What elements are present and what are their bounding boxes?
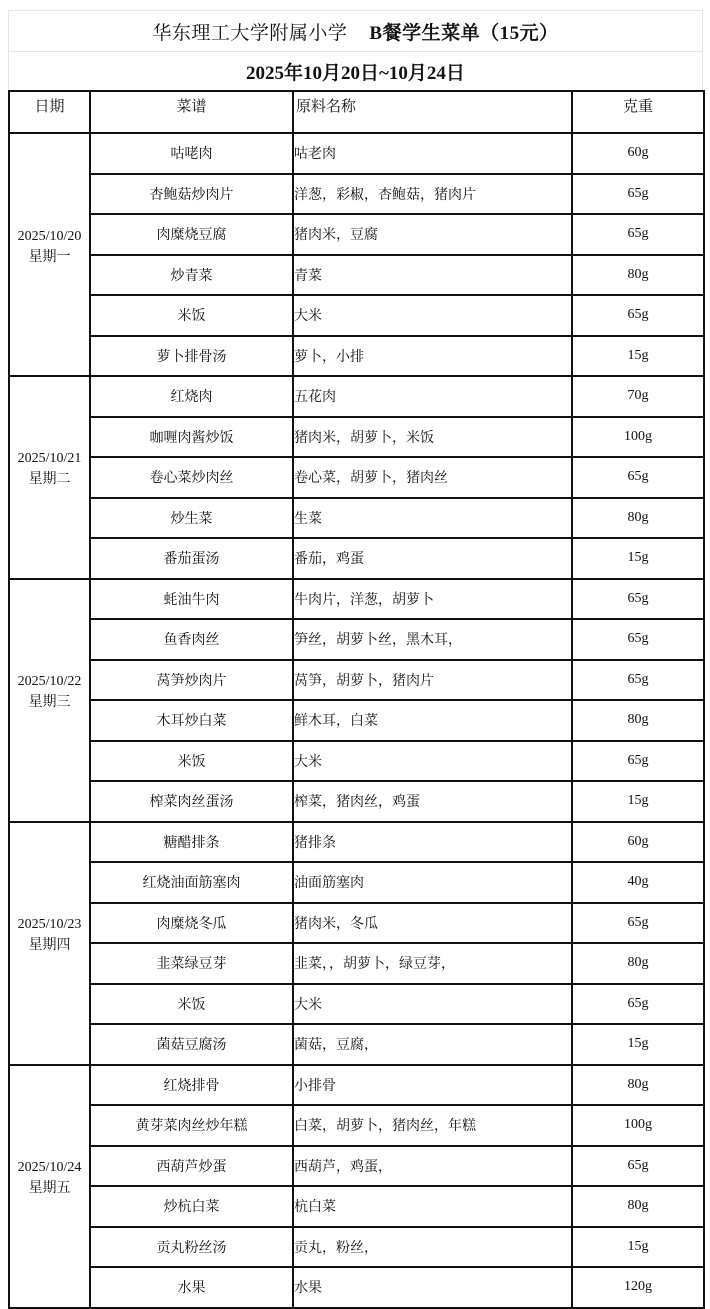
dish-cell: 炒杭白菜: [90, 1186, 293, 1227]
weight-cell: 15g: [572, 781, 704, 822]
ingredients-cell: 水果: [293, 1267, 572, 1308]
weight-cell: 65g: [572, 457, 704, 498]
header-row: 日期 菜谱 原料名称 克重: [9, 91, 704, 133]
date-label: 2025/10/24星期五: [10, 1157, 89, 1199]
ingredients-cell: 卷心菜，胡萝卜，猪肉丝: [293, 457, 572, 498]
dish-cell: 水果: [90, 1267, 293, 1308]
table-row: 咖喱肉酱炒饭猪肉米，胡萝卜，米饭100g: [9, 417, 704, 458]
ingredients-cell: 小排骨: [293, 1065, 572, 1106]
ingredients-cell: 油面筋塞肉: [293, 862, 572, 903]
date-label: 2025/10/20星期一: [10, 226, 89, 268]
weight-cell: 70g: [572, 376, 704, 417]
weight-cell: 15g: [572, 538, 704, 579]
weight-cell: 65g: [572, 903, 704, 944]
school-name: 华东理工大学附属小学: [152, 18, 347, 45]
date-range: 2025年10月20日~10月24日: [8, 52, 703, 90]
weight-cell: 80g: [572, 700, 704, 741]
date-text: 2025/10/21: [10, 448, 89, 469]
table-row: 2025/10/23星期四糖醋排条猪排条60g: [9, 822, 704, 863]
weight-cell: 65g: [572, 1146, 704, 1187]
weight-cell: 65g: [572, 660, 704, 701]
date-cell: 2025/10/23星期四: [9, 822, 90, 1065]
weight-cell: 15g: [572, 336, 704, 377]
menu-name: B餐学生菜单（15元）: [369, 18, 558, 45]
title-row: 华东理工大学附属小学 B餐学生菜单（15元）: [8, 10, 703, 52]
table-row: 米饭大米65g: [9, 984, 704, 1025]
ingredients-cell: 牛肉片，洋葱，胡萝卜: [293, 579, 572, 620]
dish-cell: 菌菇豆腐汤: [90, 1024, 293, 1065]
ingredients-cell: 萝卜，小排: [293, 336, 572, 377]
ingredients-cell: 大米: [293, 741, 572, 782]
ingredients-cell: 番茄，鸡蛋: [293, 538, 572, 579]
table-row: 炒青菜青菜80g: [9, 255, 704, 296]
weight-cell: 60g: [572, 822, 704, 863]
ingredients-cell: 青菜: [293, 255, 572, 296]
ingredients-cell: 西葫芦，鸡蛋，: [293, 1146, 572, 1187]
table-row: 米饭大米65g: [9, 295, 704, 336]
date-text: 2025/10/23: [10, 914, 89, 935]
ingredients-cell: 猪肉米，冬瓜: [293, 903, 572, 944]
weekday-text: 星期五: [10, 1178, 89, 1199]
weight-cell: 65g: [572, 579, 704, 620]
date-cell: 2025/10/21星期二: [9, 376, 90, 579]
ingredients-cell: 五花肉: [293, 376, 572, 417]
date-text: 2025/10/24: [10, 1157, 89, 1178]
weight-cell: 80g: [572, 1065, 704, 1106]
table-row: 肉糜烧豆腐猪肉米，豆腐65g: [9, 214, 704, 255]
table-row: 2025/10/21星期二红烧肉五花肉70g: [9, 376, 704, 417]
table-row: 番茄蛋汤番茄，鸡蛋15g: [9, 538, 704, 579]
dish-cell: 萝卜排骨汤: [90, 336, 293, 377]
ingredients-cell: 笋丝，胡萝卜丝，黑木耳，: [293, 619, 572, 660]
menu-table: 日期 菜谱 原料名称 克重 2025/10/20星期一咕咾肉咕老肉60g杏鲍菇炒…: [8, 90, 705, 1309]
weekday-text: 星期一: [10, 247, 89, 268]
date-cell: 2025/10/24星期五: [9, 1065, 90, 1308]
weight-cell: 100g: [572, 1105, 704, 1146]
table-row: 西葫芦炒蛋西葫芦，鸡蛋，65g: [9, 1146, 704, 1187]
dish-cell: 西葫芦炒蛋: [90, 1146, 293, 1187]
weight-cell: 15g: [572, 1227, 704, 1268]
dish-cell: 榨菜肉丝蛋汤: [90, 781, 293, 822]
dish-cell: 蚝油牛肉: [90, 579, 293, 620]
table-row: 鱼香肉丝笋丝，胡萝卜丝，黑木耳，65g: [9, 619, 704, 660]
weekday-text: 星期三: [10, 692, 89, 713]
table-row: 菌菇豆腐汤菌菇，豆腐，15g: [9, 1024, 704, 1065]
dish-cell: 黄芽菜肉丝炒年糕: [90, 1105, 293, 1146]
weight-cell: 80g: [572, 1186, 704, 1227]
weight-cell: 80g: [572, 255, 704, 296]
table-row: 黄芽菜肉丝炒年糕白菜，胡萝卜，猪肉丝，年糕100g: [9, 1105, 704, 1146]
weekday-text: 星期二: [10, 469, 89, 490]
table-row: 贡丸粉丝汤贡丸，粉丝，15g: [9, 1227, 704, 1268]
ingredients-cell: 生菜: [293, 498, 572, 539]
ingredients-cell: 菌菇，豆腐，: [293, 1024, 572, 1065]
table-row: 水果水果120g: [9, 1267, 704, 1308]
ingredients-cell: 鲜木耳，白菜: [293, 700, 572, 741]
dish-cell: 莴笋炒肉片: [90, 660, 293, 701]
dish-cell: 米饭: [90, 295, 293, 336]
ingredients-cell: 咕老肉: [293, 133, 572, 174]
table-row: 炒生菜生菜80g: [9, 498, 704, 539]
date-cell: 2025/10/22星期三: [9, 579, 90, 822]
table-row: 木耳炒白菜鲜木耳，白菜80g: [9, 700, 704, 741]
ingredients-cell: 大米: [293, 295, 572, 336]
dish-cell: 咕咾肉: [90, 133, 293, 174]
dish-cell: 贡丸粉丝汤: [90, 1227, 293, 1268]
ingredients-cell: 猪肉米，豆腐: [293, 214, 572, 255]
weight-cell: 65g: [572, 174, 704, 215]
menu-body: 2025/10/20星期一咕咾肉咕老肉60g杏鲍菇炒肉片洋葱，彩椒，杏鲍菇，猪肉…: [9, 133, 704, 1308]
weight-cell: 65g: [572, 619, 704, 660]
weekday-text: 星期四: [10, 935, 89, 956]
ingredients-cell: 猪排条: [293, 822, 572, 863]
weight-cell: 100g: [572, 417, 704, 458]
table-row: 榨菜肉丝蛋汤榨菜，猪肉丝，鸡蛋15g: [9, 781, 704, 822]
ingredients-cell: 莴笋，胡萝卜，猪肉片: [293, 660, 572, 701]
dish-cell: 咖喱肉酱炒饭: [90, 417, 293, 458]
dish-cell: 红烧油面筋塞肉: [90, 862, 293, 903]
header-ingredients: 原料名称: [293, 91, 572, 133]
date-text: 2025/10/22: [10, 671, 89, 692]
ingredients-cell: 洋葱，彩椒，杏鲍菇，猪肉片: [293, 174, 572, 215]
date-label: 2025/10/21星期二: [10, 448, 89, 490]
table-row: 炒杭白菜杭白菜80g: [9, 1186, 704, 1227]
table-row: 萝卜排骨汤萝卜，小排15g: [9, 336, 704, 377]
weight-cell: 60g: [572, 133, 704, 174]
table-row: 莴笋炒肉片莴笋，胡萝卜，猪肉片65g: [9, 660, 704, 701]
dish-cell: 肉糜烧豆腐: [90, 214, 293, 255]
menu-sheet: 华东理工大学附属小学 B餐学生菜单（15元） 2025年10月20日~10月24…: [8, 10, 703, 1309]
ingredients-cell: 白菜，胡萝卜，猪肉丝，年糕: [293, 1105, 572, 1146]
weight-cell: 65g: [572, 295, 704, 336]
ingredients-cell: 贡丸，粉丝，: [293, 1227, 572, 1268]
dish-cell: 卷心菜炒肉丝: [90, 457, 293, 498]
dish-cell: 红烧肉: [90, 376, 293, 417]
dish-cell: 炒青菜: [90, 255, 293, 296]
date-label: 2025/10/22星期三: [10, 671, 89, 713]
table-row: 2025/10/22星期三蚝油牛肉牛肉片，洋葱，胡萝卜65g: [9, 579, 704, 620]
ingredients-cell: 韭菜，，胡萝卜，绿豆芽，: [293, 943, 572, 984]
dish-cell: 米饭: [90, 984, 293, 1025]
dish-cell: 番茄蛋汤: [90, 538, 293, 579]
header-date: 日期: [9, 91, 90, 133]
dish-cell: 炒生菜: [90, 498, 293, 539]
dish-cell: 糖醋排条: [90, 822, 293, 863]
ingredients-cell: 杭白菜: [293, 1186, 572, 1227]
table-row: 韭菜绿豆芽韭菜，，胡萝卜，绿豆芽，80g: [9, 943, 704, 984]
table-row: 红烧油面筋塞肉油面筋塞肉40g: [9, 862, 704, 903]
date-label: 2025/10/23星期四: [10, 914, 89, 956]
table-row: 2025/10/24星期五红烧排骨小排骨80g: [9, 1065, 704, 1106]
table-row: 卷心菜炒肉丝卷心菜，胡萝卜，猪肉丝65g: [9, 457, 704, 498]
ingredients-cell: 猪肉米，胡萝卜，米饭: [293, 417, 572, 458]
weight-cell: 65g: [572, 741, 704, 782]
dish-cell: 肉糜烧冬瓜: [90, 903, 293, 944]
date-text: 2025/10/20: [10, 226, 89, 247]
weight-cell: 80g: [572, 943, 704, 984]
weight-cell: 40g: [572, 862, 704, 903]
table-row: 杏鲍菇炒肉片洋葱，彩椒，杏鲍菇，猪肉片65g: [9, 174, 704, 215]
weight-cell: 15g: [572, 1024, 704, 1065]
table-row: 肉糜烧冬瓜猪肉米，冬瓜65g: [9, 903, 704, 944]
dish-cell: 杏鲍菇炒肉片: [90, 174, 293, 215]
dish-cell: 鱼香肉丝: [90, 619, 293, 660]
date-cell: 2025/10/20星期一: [9, 133, 90, 376]
dish-cell: 木耳炒白菜: [90, 700, 293, 741]
ingredients-cell: 大米: [293, 984, 572, 1025]
weight-cell: 65g: [572, 214, 704, 255]
dish-cell: 米饭: [90, 741, 293, 782]
weight-cell: 120g: [572, 1267, 704, 1308]
table-row: 2025/10/20星期一咕咾肉咕老肉60g: [9, 133, 704, 174]
header-dish: 菜谱: [90, 91, 293, 133]
dish-cell: 韭菜绿豆芽: [90, 943, 293, 984]
weight-cell: 80g: [572, 498, 704, 539]
table-row: 米饭大米65g: [9, 741, 704, 782]
header-weight: 克重: [572, 91, 704, 133]
weight-cell: 65g: [572, 984, 704, 1025]
ingredients-cell: 榨菜，猪肉丝，鸡蛋: [293, 781, 572, 822]
dish-cell: 红烧排骨: [90, 1065, 293, 1106]
